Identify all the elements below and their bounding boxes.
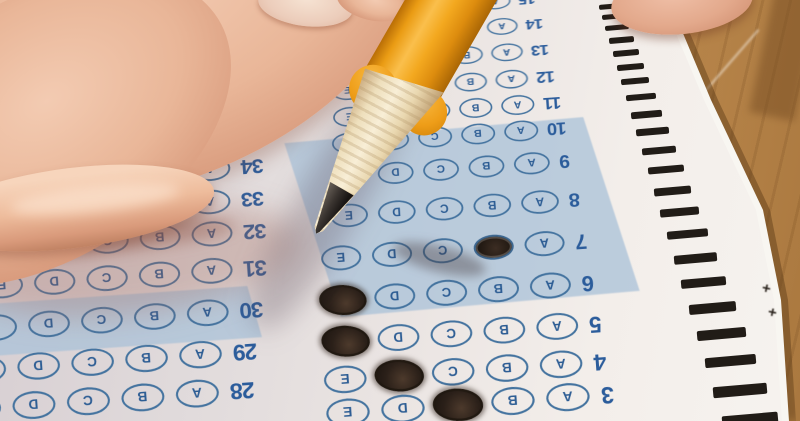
question-number: 9 [559, 150, 570, 173]
bubble-q8-a: A [520, 189, 559, 215]
bubble-q29-e: E [0, 355, 7, 385]
bubble-q29-b: B [124, 343, 168, 373]
bubble-q6-d: D [373, 282, 416, 311]
question-number: 28 [230, 376, 255, 405]
question-number: 8 [568, 188, 580, 212]
bubble-q29-c: C [70, 347, 114, 377]
bubble-q8-c: C [424, 196, 463, 222]
bubble-q5-c: C [429, 319, 473, 349]
bubble-q4-b: B [485, 353, 529, 383]
bubble-q12-b: B [454, 72, 488, 93]
bubble-q9-a: A [513, 151, 550, 176]
bubble-q4-c: C [431, 357, 475, 387]
bubble-q30-e: E [0, 313, 17, 342]
bubble-q7-a: A [524, 230, 566, 258]
question-number: 3 [601, 380, 615, 409]
bubble-q28-d: D [11, 390, 56, 421]
bubble-q8-b: B [472, 192, 511, 218]
bubble-q4-a: A [539, 349, 583, 379]
bubble-q28-a: A [174, 378, 219, 409]
bubble-q3-a: A [545, 382, 590, 413]
bubble-q6-e: E [318, 284, 367, 316]
bubble-q5-e: E [320, 325, 370, 358]
question-number: 13 [531, 41, 550, 60]
bubble-q6-a: A [529, 271, 572, 300]
question-number: 7 [576, 228, 589, 254]
bubble-q10-a: A [504, 119, 539, 142]
wood-grain-seam [749, 0, 800, 121]
bubble-q10-b: B [460, 122, 495, 145]
bubble-q28-e: E [0, 394, 1, 421]
bubble-q3-b: B [490, 385, 535, 416]
bubble-q3-e: E [325, 397, 370, 421]
bubble-q4-d: D [374, 359, 424, 393]
bubble-q6-b: B [477, 275, 520, 304]
question-number: 11 [543, 92, 562, 113]
bubble-q11-a: A [500, 94, 535, 116]
bubble-q9-b: B [468, 154, 505, 179]
bubble-q11-b: B [458, 97, 493, 119]
bubble-q6-c: C [425, 278, 468, 307]
question-number: 4 [594, 347, 608, 375]
bubble-q12-a: A [495, 69, 529, 90]
bubble-q8-d: D [377, 199, 416, 225]
photo-canvas: 15ABCDE14ABCDE13ABCDE12ABCDE11ABCDE10ABC… [0, 0, 800, 421]
bubble-q13-a: A [490, 42, 523, 62]
bubble-q9-c: C [422, 157, 459, 182]
bubble-q28-c: C [65, 386, 110, 417]
bubble-q28-b: B [120, 382, 165, 413]
question-number: 15 [519, 0, 536, 8]
bubble-q7-b: B [473, 233, 515, 261]
bubble-q3-c: C [432, 388, 483, 421]
question-number: 29 [233, 337, 258, 366]
bubble-q5-a: A [535, 312, 579, 342]
question-number: 5 [589, 310, 602, 338]
question-number: 12 [537, 67, 556, 87]
question-number: 10 [547, 117, 567, 139]
question-number: 6 [582, 270, 595, 297]
bubble-q14-a: A [486, 17, 518, 36]
question-number: 14 [526, 15, 544, 33]
bubble-q5-d: D [376, 323, 420, 353]
question-number: 34 [241, 153, 265, 178]
bubble-q4-e: E [323, 364, 367, 394]
bubble-q29-a: A [178, 340, 222, 370]
bubble-q29-d: D [16, 351, 60, 381]
bubble-q5-b: B [482, 315, 526, 345]
bubble-q3-d: D [380, 393, 425, 421]
